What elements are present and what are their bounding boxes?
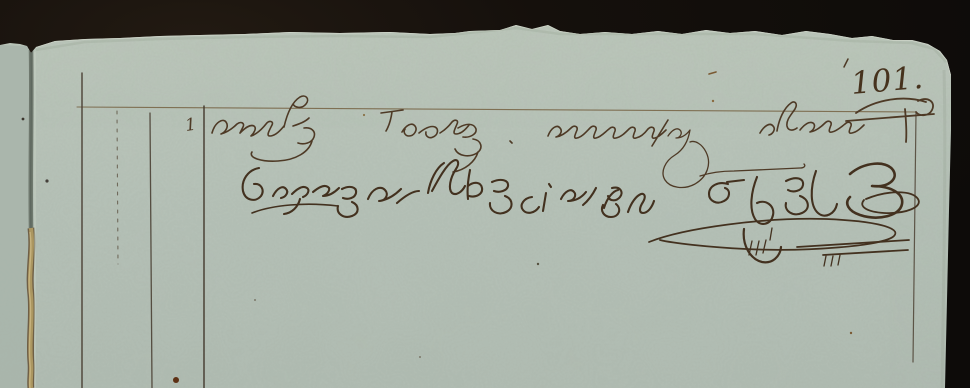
spine-upper-shadow xyxy=(31,50,32,228)
speckle xyxy=(537,263,539,265)
paper-grain-texture xyxy=(0,0,970,388)
speckle xyxy=(363,114,365,116)
facing-page-sliver xyxy=(0,45,31,388)
speckle xyxy=(419,356,421,358)
page-number: 101. xyxy=(850,60,926,102)
speckle xyxy=(45,179,48,182)
manuscript-scan: 101. 1 xyxy=(0,0,970,388)
scan-canvas: 101. 1 xyxy=(0,0,970,388)
folio-number-group: 101. xyxy=(844,59,925,102)
speckle xyxy=(850,332,852,334)
binding-fold xyxy=(29,50,35,388)
speckle xyxy=(712,100,714,102)
speckle xyxy=(22,118,25,121)
ink-blot xyxy=(173,377,179,383)
speckle xyxy=(254,299,256,301)
